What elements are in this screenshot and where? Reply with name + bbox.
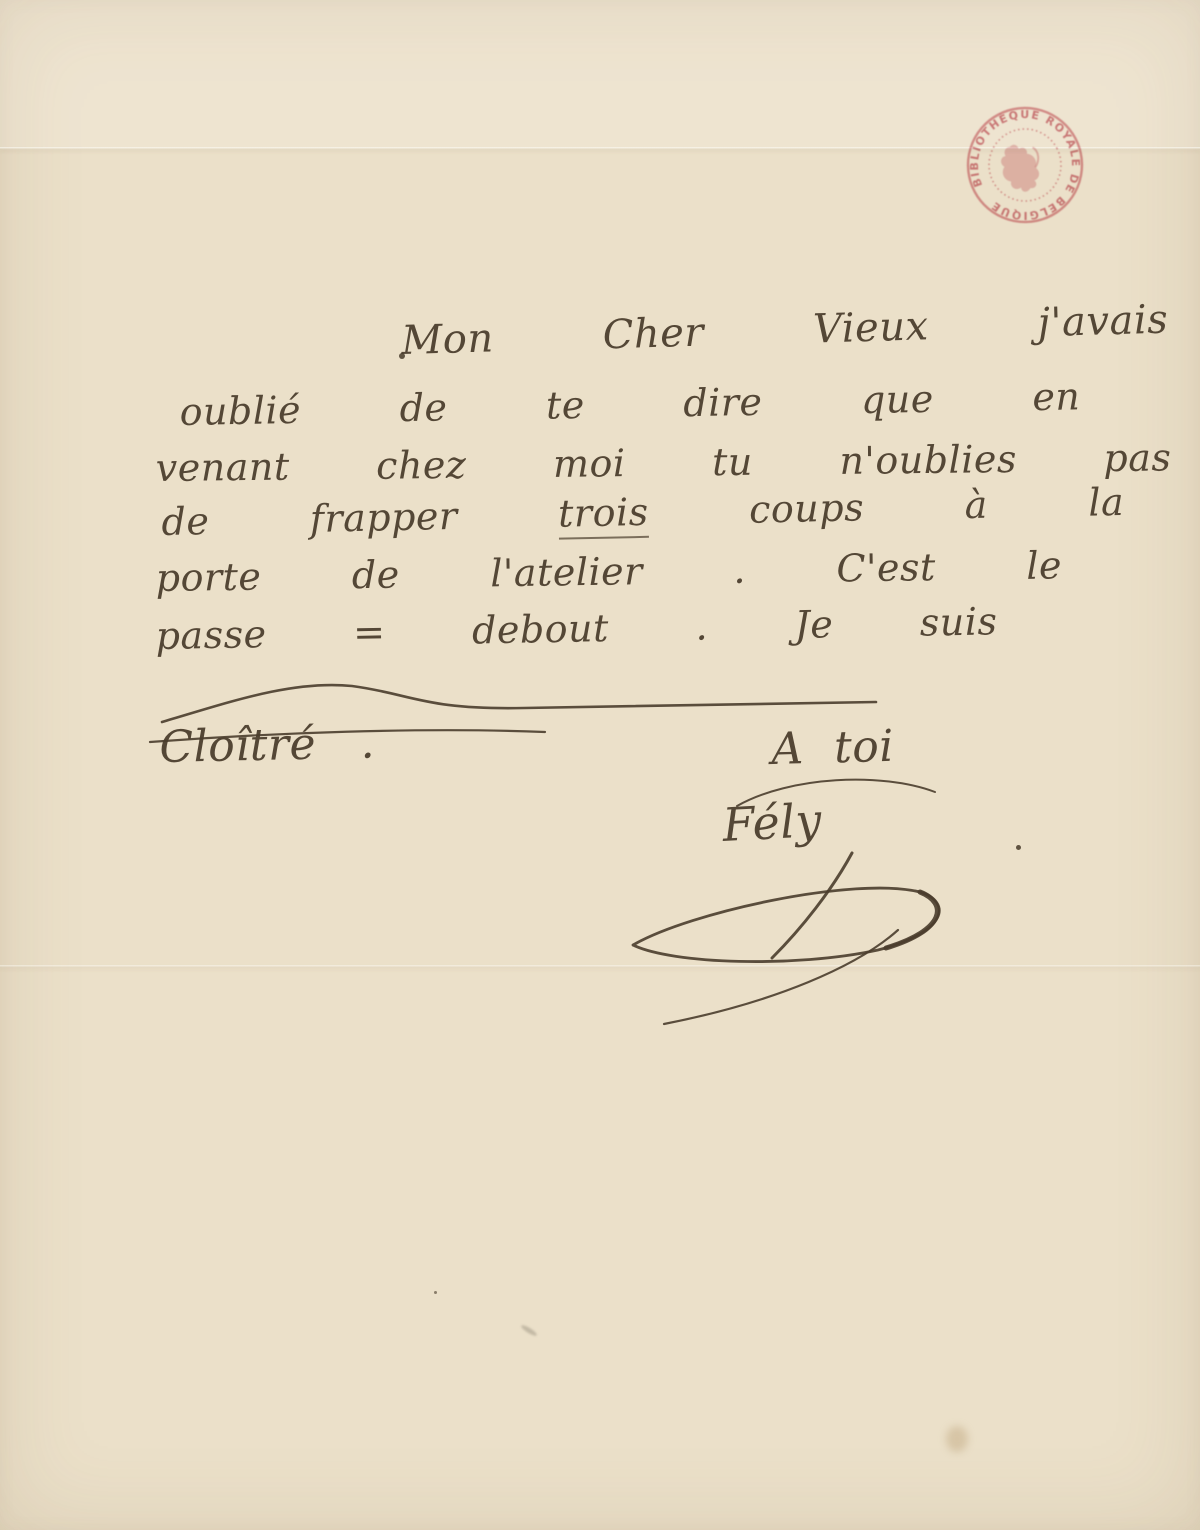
letter-line-4: de frapper trois coups à la — [161, 480, 1125, 544]
foxing-spot — [946, 1426, 968, 1452]
flourish-underline-main — [162, 685, 876, 722]
signature-name: Fély — [721, 793, 823, 852]
signature-diagonal-stroke — [772, 853, 852, 958]
signature-loop-thick-edge — [886, 892, 937, 948]
lion-emblem-icon — [993, 139, 1047, 198]
ink-dot-before-salutation — [399, 353, 405, 359]
fold-crease-bottom — [0, 965, 1200, 968]
letter-line-4-underlined-word: trois — [558, 490, 649, 540]
signature-loop — [633, 888, 939, 962]
paper-smudge — [520, 1324, 538, 1338]
letter-line-4-pre: de frapper — [161, 492, 559, 544]
letter-line-6: passe = debout . Je suis — [155, 599, 998, 658]
ink-dot-right-of-signature — [1016, 845, 1021, 850]
letter-page: BIBLIOTHÈQUE ROYALE DE BELGIQUE Mon Cher… — [0, 0, 1200, 1530]
letter-closing-a-toi: A toi — [771, 721, 895, 775]
stamp-group: BIBLIOTHÈQUE ROYALE DE BELGIQUE — [948, 88, 1103, 243]
letter-word-cloitre: Cloîtré . — [159, 717, 376, 773]
letter-line-5: porte de l'atelier . C'est le — [155, 543, 1062, 600]
letter-line-4-post: coups à la — [648, 480, 1124, 534]
letter-line-1: Mon Cher Vieux j'avais — [401, 297, 1169, 364]
paper-speck — [434, 1291, 437, 1294]
signature-tail — [664, 930, 898, 1024]
letter-line-2: oublié de te dire que en — [179, 374, 1080, 434]
